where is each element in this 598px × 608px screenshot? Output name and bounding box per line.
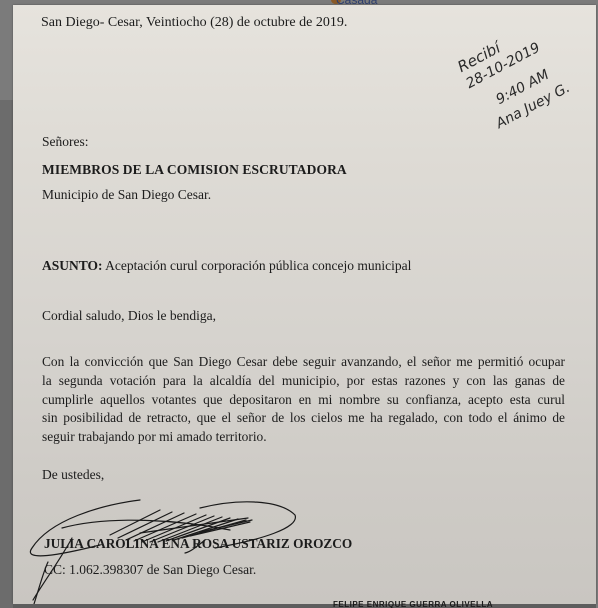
subject-text: Aceptación curul corporación pública con… [105, 258, 411, 273]
date-line: San Diego- Cesar, Veintiocho (28) de oct… [41, 15, 347, 31]
subject-line: ASUNTO: Aceptación curul corporación púb… [42, 258, 411, 274]
closing: De ustedes, [42, 467, 104, 483]
salutation-header: Señores: [42, 134, 89, 150]
body-line: sin posibilidad de retracto, que el seño… [42, 409, 565, 428]
signer-id: CC: 1.062.398307 de San Diego Cesar. [44, 562, 256, 578]
recipient-location: Municipio de San Diego Cesar. [42, 187, 211, 203]
background-left-shadow [0, 100, 13, 608]
signer-name: JULIA CAROLINA ENA ROSA USTARIZ OROZCO [44, 536, 352, 552]
subject-label: ASUNTO: [42, 258, 103, 273]
underlying-page-text: FELIPE ENRIQUE GUERRA OLIVELLA [333, 600, 493, 608]
letter-page: San Diego- Cesar, Veintiocho (28) de oct… [13, 5, 596, 604]
body-line: Con la convicción que San Diego Cesar de… [42, 353, 565, 372]
body-paragraph: Con la convicción que San Diego Cesar de… [42, 353, 565, 447]
body-line: cumplirle aquellos votantes que deposita… [42, 391, 565, 410]
received-stamp-handwritten: Recibí 28-10-2019 9:40 AM Ana Juey G. [443, 30, 598, 140]
greeting: Cordial saludo, Dios le bendiga, [42, 308, 216, 324]
recipient-title: MIEMBROS DE LA COMISION ESCRUTADORA [42, 162, 347, 178]
underlying-page-edge [13, 604, 596, 608]
body-line: seguir trabajando por mi amado territori… [42, 428, 565, 447]
body-line: la segunda votación para la alcaldía del… [42, 372, 565, 391]
